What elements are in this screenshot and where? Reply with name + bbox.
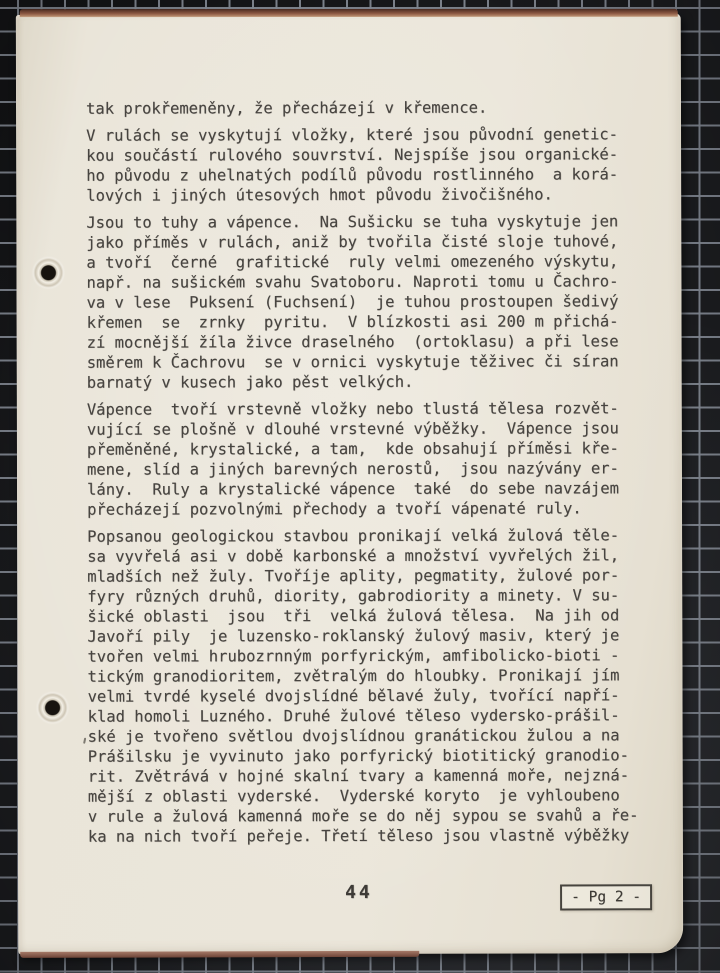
paragraph: Jsou to tuhy a vápence. Na Sušicku se tu… [86,211,638,392]
page-bottom-edge [20,951,419,958]
page-number: 44 [345,882,373,903]
hole-punch-top [31,256,65,290]
paragraph: tak prokřemeněny, že přecházejí v křemen… [86,97,638,118]
page-top-edge [20,9,678,17]
ink-speck [83,738,86,744]
hole-punch-bottom [36,691,70,725]
typewritten-text: tak prokřemeněny, že přecházejí v křemen… [86,97,640,853]
paragraph: V rulách se vyskytují vložky, které jsou… [86,124,638,205]
paragraph: Popsanou geologickou stavbou pronikají v… [87,525,640,846]
paragraph: Vápence tvoří vrstevně vložky nebo tlust… [87,398,639,519]
page-stamp-box: - Pg 2 - [560,884,652,910]
scanned-page: tak prokřemeněny, že přecházejí v křemen… [16,13,683,955]
page-stamp-label: - Pg 2 - [571,889,641,905]
photo-of-document-on-grid-mat: { "page": { "number": "44", "stamp_label… [0,0,720,973]
